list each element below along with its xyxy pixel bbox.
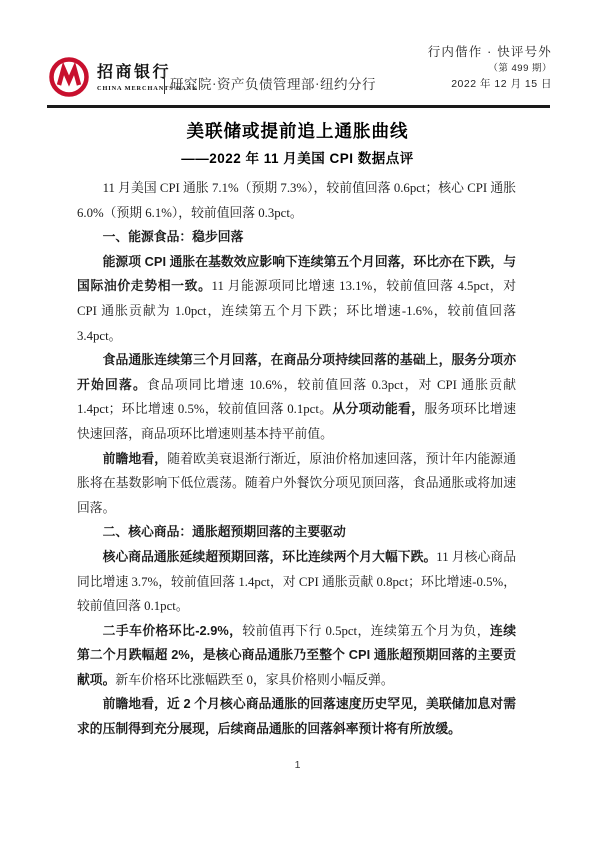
department-name: 研究院·资产负债管理部·纽约分行 [170, 73, 376, 93]
text-run: 较前值再下行 0.5pct，连续第五个月为负， [242, 624, 490, 638]
section-heading: 一、能源食品：稳步回落 [77, 225, 516, 250]
header-rule [47, 105, 550, 108]
page-subtitle: ——2022 年 11 月美国 CPI 数据点评 [0, 147, 595, 167]
text-run: 二手车价格环比-2.9%， [103, 623, 243, 638]
text-run: 一、能源食品：稳步回落 [103, 229, 244, 244]
text-run: 前瞻地看，近 2 个月核心商品通胀的回落速度历史罕见，美联储加息对需求的压制得到… [77, 696, 516, 736]
paragraph: 食品通胀连续第三个月回落，在商品分项持续回落的基础上，服务分项亦开始回落。食品项… [77, 348, 516, 446]
text-run: 新车价格环比涨幅跌至 0，家具价格则小幅反弹。 [115, 673, 393, 687]
text-run: 从分项动能看， [332, 401, 424, 416]
page-title: 美联储或提前追上通胀曲线 [0, 118, 595, 143]
series-title: 行内偕作 · 快评号外 [428, 44, 552, 61]
bank-logo-icon [48, 56, 90, 103]
document-body: 11 月美国 CPI 通胀 7.1%（预期 7.3%），较前值回落 0.6pct… [77, 176, 516, 742]
document-page: 招商银行 CHINA MERCHANTS BANK 研究院·资产负债管理部·纽约… [0, 0, 595, 842]
paragraph: 11 月美国 CPI 通胀 7.1%（预期 7.3%），较前值回落 0.6pct… [77, 176, 516, 225]
paragraph: 能源项 CPI 通胀在基数效应影响下连续第五个月回落，环比亦在下跌，与国际油价走… [77, 250, 516, 348]
header-divider [164, 71, 165, 94]
text-run: 核心商品通胀延续超预期回落，环比连续两个月大幅下跌。 [103, 549, 437, 564]
text-run: 11 月美国 CPI 通胀 7.1%（预期 7.3%），较前值回落 0.6pct… [77, 181, 516, 220]
page-number: 1 [0, 759, 595, 771]
paragraph: 核心商品通胀延续超预期回落，环比连续两个月大幅下跌。11 月核心商品同比增速 3… [77, 545, 516, 619]
publish-date: 2022 年 12 月 15 日 [428, 76, 552, 92]
department-line: 研究院·资产负债管理部·纽约分行 [164, 71, 376, 94]
header-meta: 行内偕作 · 快评号外 （第 499 期） 2022 年 12 月 15 日 [428, 44, 552, 92]
paragraph: 二手车价格环比-2.9%，较前值再下行 0.5pct，连续第五个月为负，连续第二… [77, 619, 516, 693]
text-run: 二、核心商品：通胀超预期回落的主要驱动 [103, 524, 346, 539]
paragraph: 前瞻地看，近 2 个月核心商品通胀的回落速度历史罕见，美联储加息对需求的压制得到… [77, 692, 516, 741]
issue-number: （第 499 期） [428, 61, 552, 76]
section-heading: 二、核心商品：通胀超预期回落的主要驱动 [77, 520, 516, 545]
paragraph: 前瞻地看，随着欧美衰退渐行渐近，原油价格加速回落，预计年内能源通胀将在基数影响下… [77, 447, 516, 521]
text-run: 前瞻地看， [103, 451, 168, 466]
